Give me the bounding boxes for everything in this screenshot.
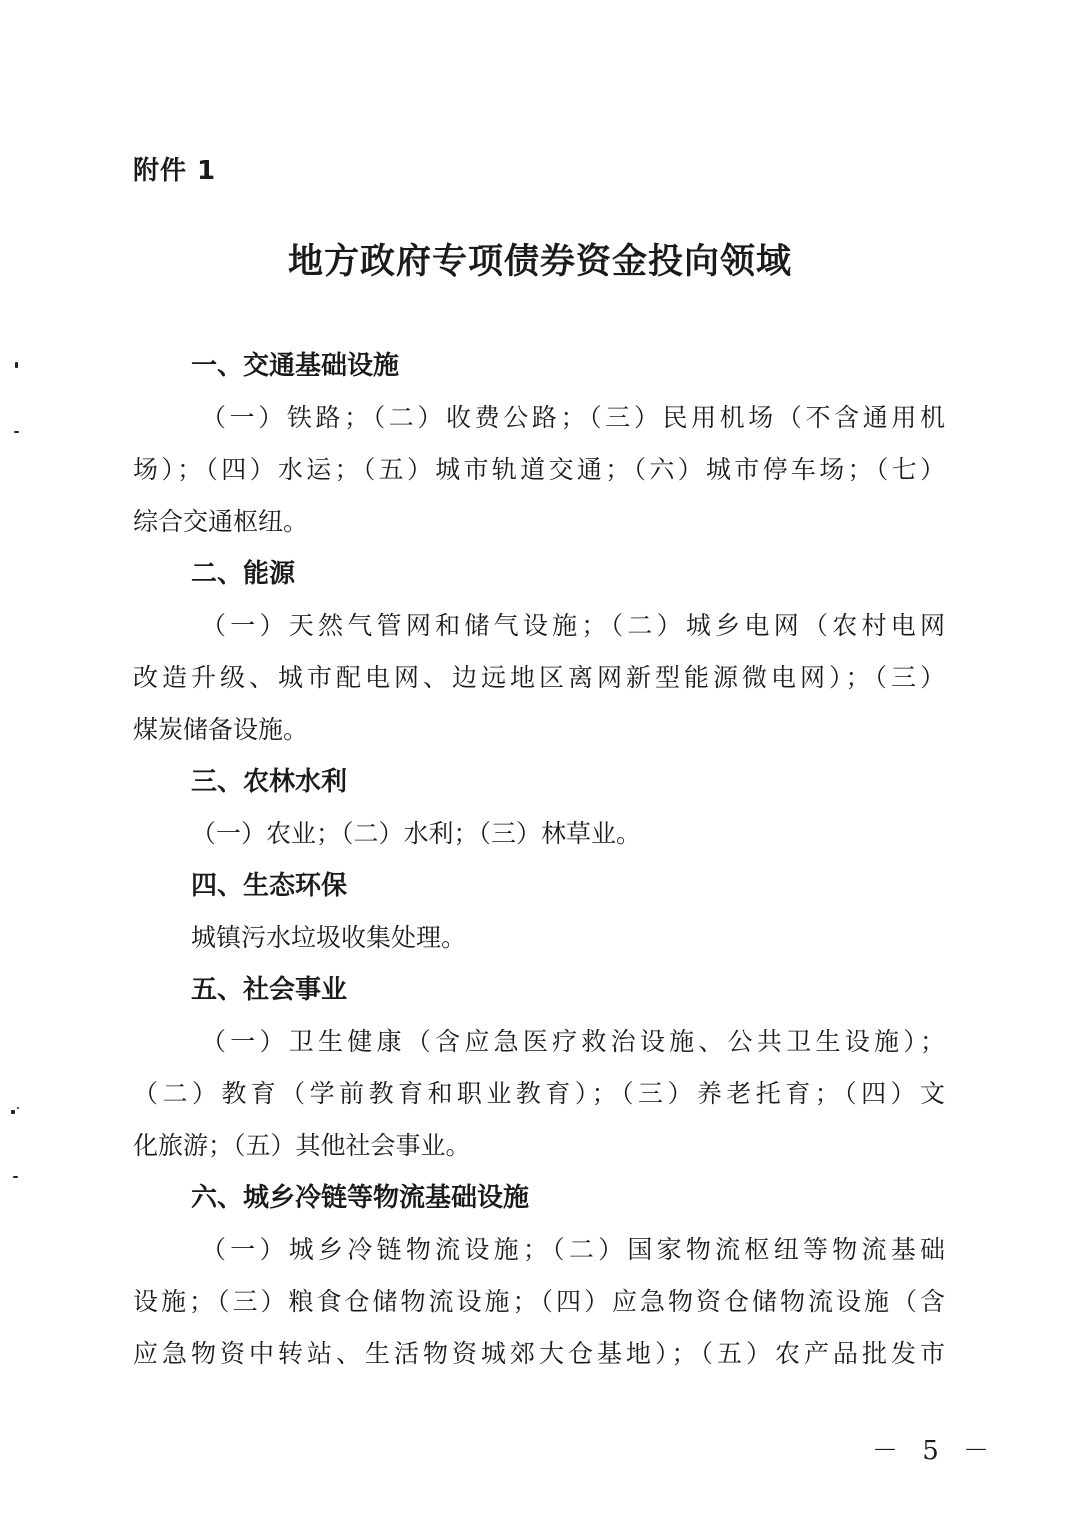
paragraph-line: （一）天然气管网和储气设施；（二）城乡电网（农村电网 <box>133 600 945 652</box>
paragraph-line: 改造升级、城市配电网、边远地区离网新型能源微电网）；（三） <box>133 652 945 704</box>
section-heading: 二、能源 <box>133 548 945 600</box>
paragraph-line: 场）；（四）水运；（五）城市轨道交通；（六）城市停车场；（七） <box>133 444 945 496</box>
paragraph-line: （一）农业；（二）水利；（三）林草业。 <box>133 808 945 860</box>
section-heading: 四、生态环保 <box>133 860 945 912</box>
document-body: 一、交通基础设施 （一）铁路；（二）收费公路；（三）民用机场（不含通用机 场）；… <box>133 340 945 1380</box>
scan-speck <box>17 1107 19 1109</box>
paragraph-line: （一）城乡冷链物流设施；（二）国家物流枢纽等物流基础 <box>133 1224 945 1276</box>
paragraph-line: 城镇污水垃圾收集处理。 <box>133 912 945 964</box>
paragraph-line: （二）教育（学前教育和职业教育）；（三）养老托育；（四）文 <box>133 1068 945 1120</box>
scan-speck <box>11 1110 15 1114</box>
page-number: － 5 － <box>872 1430 997 1467</box>
paragraph-line: 综合交通枢纽。 <box>133 496 945 548</box>
paragraph-line: 应急物资中转站、生活物资城郊大仓基地）；（五）农产品批发市 <box>133 1328 945 1380</box>
scan-speck <box>15 362 18 368</box>
paragraph-line: （一）铁路；（二）收费公路；（三）民用机场（不含通用机 <box>133 392 945 444</box>
section-heading: 五、社会事业 <box>133 964 945 1016</box>
scan-speck <box>14 431 19 433</box>
paragraph-line: 设施；（三）粮食仓储物流设施；（四）应急物资仓储物流设施（含 <box>133 1276 945 1328</box>
paragraph-line: 煤炭储备设施。 <box>133 704 945 756</box>
scan-speck <box>13 1176 18 1178</box>
section-heading: 三、农林水利 <box>133 756 945 808</box>
paragraph-line: （一）卫生健康（含应急医疗救治设施、公共卫生设施）； <box>133 1016 945 1068</box>
section-heading: 一、交通基础设施 <box>133 340 945 392</box>
attachment-label: 附件 1 <box>133 150 216 187</box>
paragraph-line: 化旅游；（五）其他社会事业。 <box>133 1120 945 1172</box>
document-title: 地方政府专项债券资金投向领域 <box>0 234 1080 284</box>
section-heading: 六、城乡冷链等物流基础设施 <box>133 1172 945 1224</box>
